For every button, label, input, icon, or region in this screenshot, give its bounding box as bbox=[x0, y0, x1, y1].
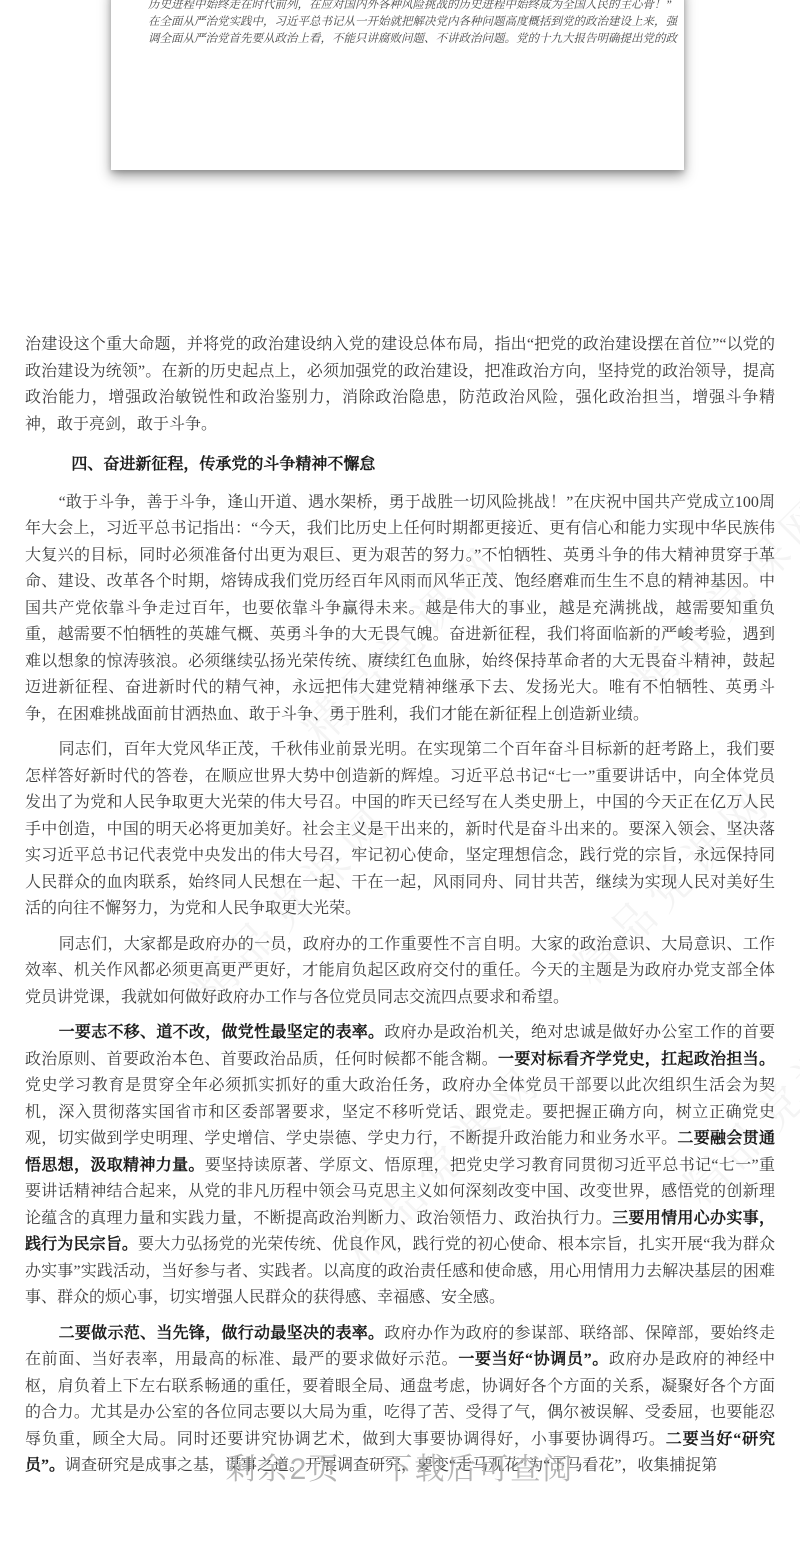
section-heading: 四、奋进新征程，传承党的斗争精神不懈怠 bbox=[25, 452, 775, 479]
preview-line: 调全面从严治党首先要从政治上看，不能只讲腐败问题、不讲政治问题。党的十九大报告明… bbox=[148, 31, 647, 48]
preview-line: 在全面从严治党实践中，习近平总书记从一开始就把解决党内各种问题高度概括到党的政治… bbox=[148, 14, 647, 31]
bold-run: 一要当好“协调员”。 bbox=[458, 1351, 609, 1368]
bold-run: 四、奋进新征程，传承党的斗争精神不懈怠 bbox=[71, 456, 375, 473]
text-run: 同志们，百年大党风华正茂，千秋伟业前景光明。在实现第二个百年奋斗目标新的赶考路上… bbox=[25, 741, 775, 917]
text-run: 党史学习教育是贯穿全年必须抓实抓好的重大政治任务，政府办全体党员干部要以此次组织… bbox=[25, 1077, 775, 1147]
previous-page-text: 历史进程中始终走在时代前列，在应对国内外各种风险挑战的历史进程中始终成为全国人民… bbox=[148, 0, 647, 48]
paragraph: 同志们，大家都是政府办的一员，政府办的工作重要性不言自明。大家的政治意识、大局意… bbox=[25, 932, 775, 1012]
text-run: 要大力弘扬党的光荣传统、优良作风，践行党的初心使命、根本宗旨，扎实开展“我为群众… bbox=[25, 1236, 775, 1306]
paragraph: 治建设这个重大命题，并将党的政治建设纳入党的建设总体布局，指出“把党的政治建设摆… bbox=[25, 332, 775, 438]
paragraph: 同志们，百年大党风华正茂，千秋伟业前景光明。在实现第二个百年奋斗目标新的赶考路上… bbox=[25, 737, 775, 923]
paragraph: “敢于斗争，善于斗争，逢山开道、遇水架桥，勇于战胜一切风险挑战！”在庆祝中国共产… bbox=[25, 490, 775, 729]
text-run: “敢于斗争，善于斗争，逢山开道、遇水架桥，勇于战胜一切风险挑战！”在庆祝中国共产… bbox=[25, 494, 775, 723]
document-body: 治建设这个重大命题，并将党的政治建设纳入党的建设总体布局，指出“把党的政治建设摆… bbox=[0, 332, 800, 1489]
text-run: 同志们，大家都是政府办的一员，政府办的工作重要性不言自明。大家的政治意识、大局意… bbox=[25, 936, 775, 1006]
text-run: 治建设这个重大命题，并将党的政治建设纳入党的建设总体布局，指出“把党的政治建设摆… bbox=[25, 336, 775, 433]
previous-page-card: 历史进程中始终走在时代前列，在应对国内外各种风险挑战的历史进程中始终成为全国人民… bbox=[111, 0, 684, 170]
download-hint-label: 下载后可查阅 bbox=[382, 1453, 574, 1486]
paragraph: 一要志不移、道不改，做党性最坚定的表率。政府办是政治机关，绝对忠诚是做好办公室工… bbox=[25, 1020, 775, 1312]
remaining-pages-banner: 剩余2页下载后可查阅 bbox=[0, 1444, 800, 1488]
remaining-pages-label: 剩余2页 bbox=[226, 1453, 341, 1486]
preview-line: 历史进程中始终走在时代前列，在应对国内外各种风险挑战的历史进程中始终成为全国人民… bbox=[148, 0, 647, 14]
bold-run: 一要志不移、道不改，做党性最坚定的表率。 bbox=[59, 1024, 385, 1041]
bold-run: 一要对标看齐学党史，扛起政治担当。 bbox=[498, 1051, 775, 1068]
document-preview-page: 精品党课网精品党课网精品党课网精品党课网精品党课网精品党课网 历史进程中始终走在… bbox=[0, 0, 800, 1546]
bold-run: 二要做示范、当先锋，做行动最坚决的表率。 bbox=[59, 1325, 385, 1342]
